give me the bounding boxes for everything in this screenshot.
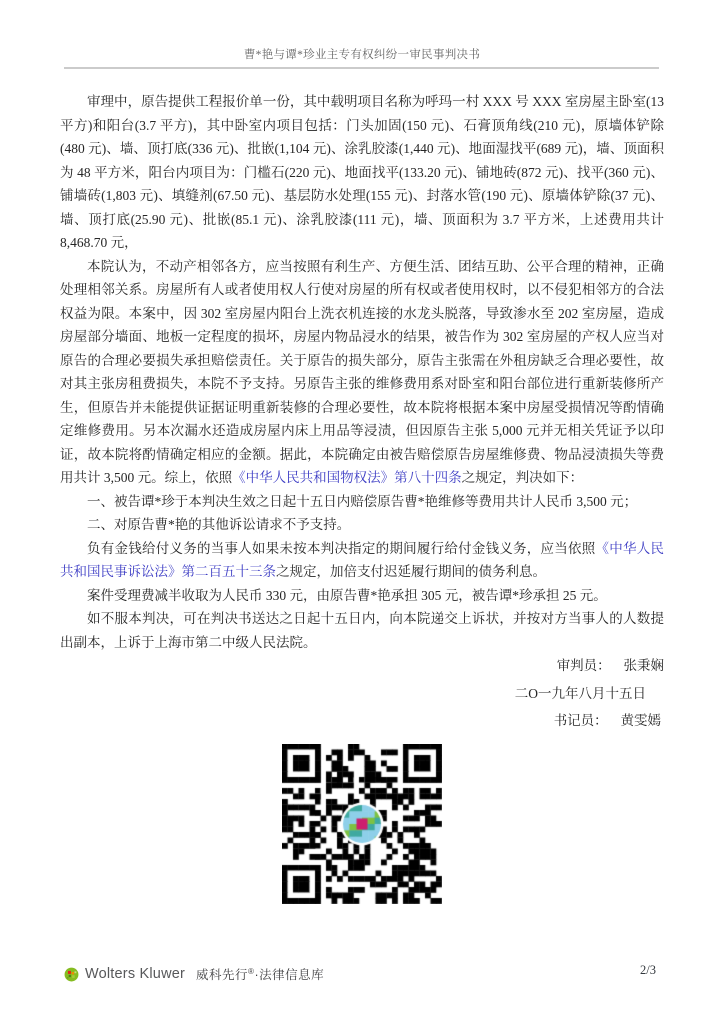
product-name: 威科先行®·法律信息库 xyxy=(196,965,324,983)
paragraph-text: 之规定，加倍支付迟延履行期间的债务利息。 xyxy=(276,564,546,579)
paragraph-text: 如不服本判决，可在判决书送达之日起十五日内，向本院递交上诉状，并按对方当事人的人… xyxy=(60,611,664,650)
clerk-name: 黄雯嫣 xyxy=(621,713,662,728)
law-link-property-law[interactable]: 《中华人民共和国物权法》第八十四条 xyxy=(232,470,462,485)
product-suffix-text: ·法律信息库 xyxy=(254,968,324,982)
footer-brand-bar: Wolters Kluwer 威科先行®·法律信息库 xyxy=(64,965,324,983)
product-name-text: 威科先行 xyxy=(196,968,248,982)
header-divider xyxy=(64,67,659,69)
judge-label: 审判员： xyxy=(557,658,611,673)
judgment-date: 二O一九年八月十五日 xyxy=(60,680,664,708)
page-title: 曹*艳与谭*珍业主专有权纠纷一审民事判决书 xyxy=(0,46,724,62)
paragraph-text: 本院认为，不动产相邻各方，应当按照有利生产、方便生活、团结互助、公平合理的精神，… xyxy=(60,259,664,486)
judgment-item-2: 二、对原告曹*艳的其他诉讼请求不予支持。 xyxy=(60,513,664,537)
page-number: 2/3 xyxy=(640,963,656,978)
signature-block: 审判员：张秉娴 二O一九年八月十五日 书记员：黄雯嫣 xyxy=(60,652,664,735)
judge-signature-line: 审判员：张秉娴 xyxy=(60,652,664,680)
paragraph-court-fee: 案件受理费减半收取为人民币 330 元，由原告曹*艳承担 305 元，被告谭*珍… xyxy=(60,584,664,608)
clerk-signature-line: 书记员：黄雯嫣 xyxy=(60,707,664,735)
paragraph-evidence: 审理中，原告提供工程报价单一份，其中载明项目名称为呼玛一村 XXX 号 XXX … xyxy=(60,90,664,255)
paragraph-text: 审理中，原告提供工程报价单一份，其中载明项目名称为呼玛一村 XXX 号 XXX … xyxy=(60,94,664,250)
paragraph-text: 之规定，判决如下： xyxy=(462,470,584,485)
wolters-kluwer-logo-icon xyxy=(64,967,79,982)
paragraph-court-opinion: 本院认为，不动产相邻各方，应当按照有利生产、方便生活、团结互助、公平合理的精神，… xyxy=(60,255,664,490)
clerk-label: 书记员： xyxy=(554,713,608,728)
paragraph-text: 一、被告谭*珍于本判决生效之日起十五日内赔偿原告曹*艳维修等费用共计人民币 3,… xyxy=(87,494,637,509)
brand-name: Wolters Kluwer xyxy=(85,966,185,982)
paragraph-text: 二、对原告曹*艳的其他诉讼请求不予支持。 xyxy=(87,517,350,532)
judgment-document-page: 曹*艳与谭*珍业主专有权纠纷一审民事判决书 审理中，原告提供工程报价单一份，其中… xyxy=(0,0,724,1024)
judgment-item-1: 一、被告谭*珍于本判决生效之日起十五日内赔偿原告曹*艳维修等费用共计人民币 3,… xyxy=(60,490,664,514)
judge-name: 张秉娴 xyxy=(624,658,665,673)
judgment-body: 审理中，原告提供工程报价单一份，其中载明项目名称为呼玛一村 XXX 号 XXX … xyxy=(60,90,664,654)
paragraph-appeal-notice: 如不服本判决，可在判决书送达之日起十五日内，向本院递交上诉状，并按对方当事人的人… xyxy=(60,607,664,654)
paragraph-text: 负有金钱给付义务的当事人如果未按本判决指定的期间履行给付金钱义务，应当依照 xyxy=(87,541,596,556)
paragraph-text: 案件受理费减半收取为人民币 330 元，由原告曹*艳承担 305 元，被告谭*珍… xyxy=(87,588,607,603)
qr-code-icon xyxy=(282,744,442,904)
paragraph-payment-obligation: 负有金钱给付义务的当事人如果未按本判决指定的期间履行给付金钱义务，应当依照《中华… xyxy=(60,537,664,584)
